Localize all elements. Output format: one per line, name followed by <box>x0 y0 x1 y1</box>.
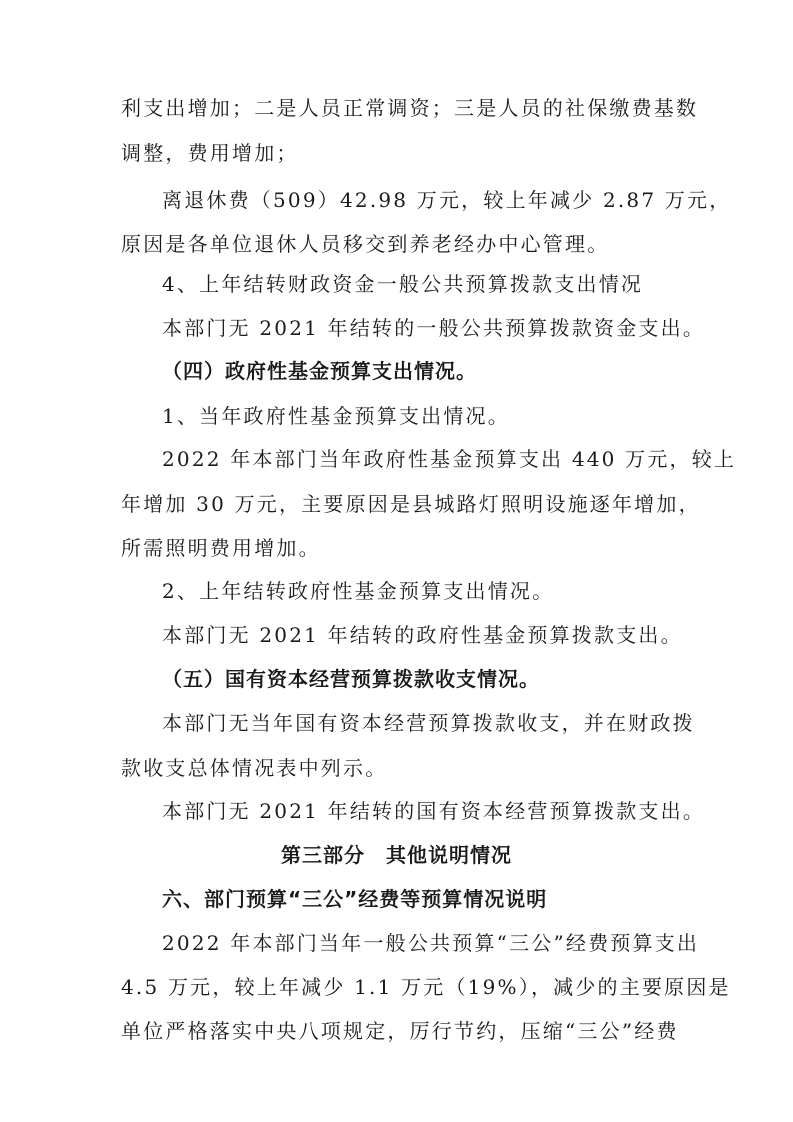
paragraph-line-no-state-capital: 本部门无当年国有资本经营预算拨款收支，并在财政拨 <box>162 710 673 736</box>
paragraph-line-cost-adjustment: 调整，费用增加； <box>121 140 673 166</box>
subheading-carryover-fund: 2、上年结转政府性基金预算支出情况。 <box>162 578 673 604</box>
paragraph-line-fund-increase-reason: 年增加 30 万元，主要原因是县城路灯照明设施逐年增加， <box>121 491 673 517</box>
paragraph-line-lighting-cost: 所需照明费用增加。 <box>121 535 673 561</box>
paragraph-line-no-carryover-state-capital: 本部门无 2021 年结转的国有资本经营预算拨款支出。 <box>162 798 673 824</box>
section-heading-state-capital: （五）国有资本经营预算拨款收支情况。 <box>162 666 673 692</box>
section-heading-government-fund: （四）政府性基金预算支出情况。 <box>162 358 673 384</box>
paragraph-line-fund-expenditure: 2022 年本部门当年政府性基金预算支出 440 万元，较上 <box>162 446 673 472</box>
paragraph-line-welfare-increase: 利支出增加；二是人员正常调资；三是人员的社保缴费基数 <box>121 95 673 121</box>
paragraph-line-three-public-budget: 2022 年本部门当年一般公共预算“三公”经费预算支出 <box>162 930 673 956</box>
document-page: 利支出增加；二是人员正常调资；三是人员的社保缴费基数 调整，费用增加； 离退休费… <box>0 0 793 1122</box>
paragraph-line-state-capital-table: 款收支总体情况表中列示。 <box>121 755 673 781</box>
paragraph-line-three-public-decrease: 4.5 万元，较上年减少 1.1 万元（19%），减少的主要原因是 <box>121 974 673 1000</box>
paragraph-line-eight-regulations: 单位严格落实中央八项规定，厉行节约，压缩“三公”经费 <box>121 1018 673 1044</box>
subheading-carryover-general-budget: 4、上年结转财政资金一般公共预算拨款支出情况 <box>162 271 673 297</box>
paragraph-line-no-carryover-fund: 本部门无 2021 年结转的政府性基金预算拨款支出。 <box>162 622 673 648</box>
section-heading-three-public-expenses: 六、部门预算“三公”经费等预算情况说明 <box>162 886 673 912</box>
subheading-current-year-fund: 1、当年政府性基金预算支出情况。 <box>162 403 673 429</box>
paragraph-line-retirement-cost: 离退休费（509）42.98 万元，较上年减少 2.87 万元， <box>162 187 673 213</box>
paragraph-line-retirement-reason: 原因是各单位退休人员移交到养老经办中心管理。 <box>121 231 673 257</box>
part-title-other-notes: 第三部分 其他说明情况 <box>0 842 793 868</box>
paragraph-line-no-carryover-general: 本部门无 2021 年结转的一般公共预算拨款资金支出。 <box>162 315 673 341</box>
